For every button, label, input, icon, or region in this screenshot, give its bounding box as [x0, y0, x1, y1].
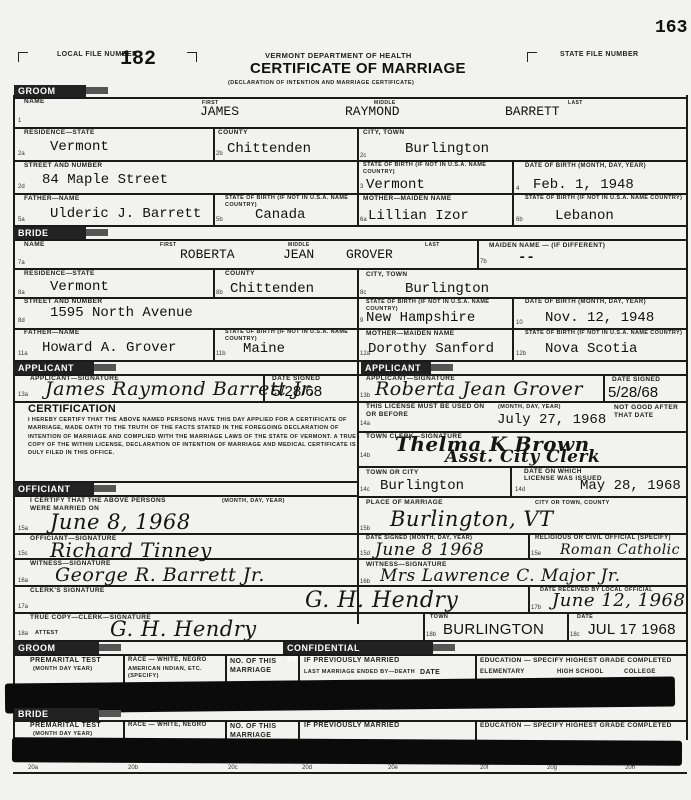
local-file-bracket [18, 52, 28, 62]
groom-dob-label: DATE OF BIRTH (MONTH, DAY, YEAR) [525, 163, 646, 169]
place-sub-label: CITY OR TOWN, COUNTY [535, 500, 610, 506]
field-number: 20b [128, 765, 138, 771]
officiant-date-signed[interactable]: June 8 1968 [375, 540, 484, 560]
bride-dob-label: DATE OF BIRTH (MONTH, DAY, YEAR) [525, 299, 646, 305]
field-number: 11b [216, 351, 226, 357]
divider [213, 193, 215, 225]
groom-mother[interactable]: Lillian Izor [368, 208, 469, 224]
certification-text: I HEREBY CERTIFY THAT THE ABOVE NAMED PE… [28, 416, 373, 457]
bride-education-label: EDUCATION — SPECIFY HIGHEST GRADE COMPLE… [480, 722, 690, 729]
divider [423, 612, 425, 640]
divider [357, 496, 687, 498]
field-number: 15d [360, 551, 370, 557]
religious-official-label: RELIGIOUS OR CIVIL OFFICIAL (SPECIFY) [535, 535, 690, 542]
field-number: 4 [516, 186, 519, 192]
groom-last-label: LAST [568, 100, 583, 106]
bride-street[interactable]: 1595 North Avenue [50, 305, 193, 321]
bride-dob[interactable]: Nov. 12, 1948 [545, 310, 654, 326]
high-school-label: HIGH SCHOOL [557, 669, 604, 675]
field-number: 18c [570, 632, 580, 638]
field-number: 2c [360, 153, 366, 159]
license-town[interactable]: Burlington [380, 478, 464, 494]
field-number: 18b [426, 632, 436, 638]
confidential-groom-tag: GROOM [14, 642, 99, 654]
bride-section-tag: BRIDE [14, 227, 86, 239]
groom-father[interactable]: Ulderic J. Barrett [50, 206, 201, 222]
field-number: 17b [531, 605, 541, 611]
divider [510, 466, 512, 496]
groom-residence-label: RESIDENCE—STATE [24, 129, 95, 136]
attest-label: ATTEST [35, 630, 58, 636]
bride-last-name[interactable]: GROVER [346, 247, 393, 262]
field-number: 15e [531, 551, 541, 557]
town-clerk-title: Asst. City Clerk [445, 447, 600, 467]
officiant-section-tag: OFFICIANT [14, 483, 94, 495]
groom-residence-state[interactable]: Vermont [50, 139, 109, 155]
bride-race-label: RACE — WHITE, NEGRO [128, 722, 207, 728]
field-number: 8a [18, 290, 25, 296]
divider [13, 127, 687, 129]
religious-official[interactable]: Roman Catholic [560, 542, 680, 558]
field-number: 2d [18, 184, 25, 190]
groom-middle-name[interactable]: RAYMOND [345, 104, 400, 119]
groom-county-label: COUNTY [218, 129, 248, 136]
bride-city-label: CITY, TOWN [366, 271, 407, 278]
bride-premarital-test-label: PREMARITAL TEST [30, 722, 101, 729]
field-number: 3 [360, 184, 363, 190]
previously-married-label: IF PREVIOUSLY MARRIED [304, 657, 400, 664]
divider [213, 268, 215, 298]
divider [567, 612, 569, 640]
license-town-label: TOWN OR CITY [366, 469, 419, 476]
confidential-bride-tag: BRIDE [14, 708, 99, 720]
groom-section-tag: GROOM [14, 85, 86, 97]
field-number: 14b [360, 453, 370, 459]
field-number: 20f [480, 765, 488, 771]
groom-first-name[interactable]: JAMES [200, 104, 239, 119]
groom-father-label: FATHER—NAME [24, 195, 80, 202]
race-sub: AMERICAN INDIAN, ETC. (SPECIFY) [128, 666, 223, 680]
divider [13, 97, 687, 99]
divider [213, 127, 215, 161]
groom-street-label: STREET AND NUMBER [24, 162, 102, 169]
field-number: 14d [515, 487, 525, 493]
local-file-bracket-right [187, 52, 197, 62]
last-marriage-label: LAST MARRIAGE ENDED BY—DEATH [304, 669, 415, 675]
groom-confidential-redaction [5, 676, 675, 713]
groom-city-label: CITY, TOWN [363, 129, 404, 136]
divider [13, 268, 687, 270]
groom-date-signed-label: DATE SIGNED [272, 375, 320, 382]
bride-premarital-test-sub: (MONTH DAY YEAR) [33, 731, 92, 737]
certification-title: CERTIFICATION [28, 403, 116, 415]
bride-previously-married-label: IF PREVIOUSLY MARRIED [304, 722, 400, 729]
field-number: 11a [18, 351, 28, 357]
groom-street[interactable]: 84 Maple Street [42, 172, 168, 188]
field-number: 13a [18, 392, 28, 398]
field-number: 5b [216, 217, 223, 223]
marriage-count-label: NO. OF THIS MARRIAGE [230, 657, 298, 675]
field-number: 8d [18, 318, 25, 324]
certificate-subtitle: (DECLARATION OF INTENTION AND MARRIAGE C… [228, 80, 414, 86]
license-not-good-label: NOT GOOD AFTER THAT DATE [614, 404, 689, 420]
groom-city[interactable]: Burlington [405, 141, 489, 157]
bride-birth-state[interactable]: New Hampshire [366, 310, 475, 326]
field-number: 2a [18, 151, 25, 157]
field-number: 2b [216, 151, 223, 157]
bride-residence-state[interactable]: Vermont [50, 279, 109, 295]
bride-maiden-name[interactable]: -- [518, 250, 535, 266]
bride-maiden-label: MAIDEN NAME — (IF DIFFERENT) [489, 242, 605, 249]
attest-signature[interactable]: G. H. Hendry [110, 617, 257, 641]
bride-marriage-count-label: NO. OF THIS MARRIAGE [230, 722, 298, 740]
state-file-bracket [527, 52, 537, 62]
divider [13, 225, 687, 227]
field-number: 7a [18, 260, 25, 266]
date-received[interactable]: June 12, 1968 [552, 590, 685, 611]
divider [603, 374, 605, 402]
bride-name-label: NAME [24, 241, 45, 248]
witness1-signature[interactable]: George R. Barrett Jr. [55, 564, 265, 586]
groom-birth-state[interactable]: Vermont [366, 177, 425, 193]
divider [13, 239, 687, 241]
bride-middle-name[interactable]: JEAN [283, 247, 314, 262]
attest-town[interactable]: BURLINGTON [443, 621, 544, 638]
divider [13, 772, 687, 774]
groom-mother-birth-label: STATE OF BIRTH (IF NOT IN U.S.A. NAME CO… [525, 195, 685, 202]
premarital-test-label: PREMARITAL TEST [30, 657, 101, 664]
license-expiry-date[interactable]: July 27, 1968 [497, 412, 606, 428]
bride-mother[interactable]: Dorothy Sanford [368, 341, 494, 357]
field-number: 8c [360, 290, 366, 296]
field-number: 20c [228, 765, 238, 771]
groom-name-label: NAME [24, 98, 45, 105]
divider [225, 654, 227, 684]
field-number: 20g [547, 765, 557, 771]
field-number: 9 [360, 318, 363, 324]
bride-city[interactable]: Burlington [405, 281, 489, 297]
divider [528, 533, 530, 558]
license-mdy-label: (MONTH, DAY, YEAR) [498, 404, 561, 410]
attest-date-label: DATE [577, 614, 593, 620]
field-number: 18a [18, 631, 28, 637]
divider [357, 127, 359, 225]
prev-date-label: DATE [420, 669, 440, 676]
field-number: 17a [18, 604, 28, 610]
attest-date[interactable]: JUL 17 1968 [588, 621, 676, 638]
field-number: 20d [302, 765, 312, 771]
license-must-use-label: THIS LICENSE MUST BE USED ON OR BEFORE [366, 403, 486, 419]
field-number: 1 [18, 118, 21, 124]
bride-mother-birth[interactable]: Nova Scotia [545, 341, 637, 357]
bride-county[interactable]: Chittenden [230, 281, 314, 297]
field-number: 12b [516, 351, 526, 357]
groom-father-birth[interactable]: Canada [255, 207, 305, 223]
divider [357, 466, 687, 468]
groom-dob[interactable]: Feb. 1, 1948 [533, 177, 634, 193]
field-number: 14a [360, 421, 370, 427]
clerk-sig-label: CLERK'S SIGNATURE [30, 587, 105, 594]
groom-date-signed[interactable]: 5/28/68 [272, 383, 322, 400]
field-number: 6b [516, 217, 523, 223]
bride-applicant-signature[interactable]: Roberta Jean Grover [375, 378, 583, 400]
field-number: 10 [516, 320, 523, 326]
bride-father[interactable]: Howard A. Grover [42, 340, 176, 356]
divider [357, 268, 359, 360]
applicant-section-tag-bride: APPLICANT [361, 362, 431, 374]
divider [13, 160, 687, 162]
field-number: 7b [480, 259, 487, 265]
field-number: 16a [18, 578, 28, 584]
witness2-signature[interactable]: Mrs Lawrence C. Major Jr. [380, 566, 621, 586]
field-number: 20h [625, 765, 635, 771]
elementary-label: ELEMENTARY [480, 669, 525, 675]
attest-town-label: TOWN [430, 614, 448, 620]
bride-confidential-redaction [12, 737, 682, 766]
race-label: RACE — WHITE, NEGRO [128, 657, 207, 663]
groom-county[interactable]: Chittenden [227, 141, 311, 157]
married-on-mdy-label: (MONTH, DAY, YEAR) [222, 498, 285, 504]
groom-last-name[interactable]: BARRETT [505, 104, 560, 119]
field-number: 15c [18, 551, 28, 557]
bride-residence-label: RESIDENCE—STATE [24, 270, 95, 277]
divider [213, 328, 215, 360]
field-number: 5a [18, 217, 25, 223]
field-number: 13b [360, 393, 370, 399]
clerk-signature[interactable]: G. H. Hendry [305, 588, 458, 613]
bride-mother-label: MOTHER—MAIDEN NAME [366, 330, 454, 337]
license-issued-date[interactable]: May 28, 1968 [580, 478, 681, 494]
groom-birth-state-label: STATE OF BIRTH (IF NOT IN U.S.A. NAME CO… [363, 162, 503, 175]
state-file-number: 163 [655, 18, 687, 38]
divider [13, 360, 687, 362]
bride-father-birth[interactable]: Maine [243, 341, 285, 357]
bride-county-label: COUNTY [225, 270, 255, 277]
bride-first-name[interactable]: ROBERTA [180, 247, 235, 262]
college-label: COLLEGE [624, 669, 656, 675]
divider [13, 558, 687, 560]
divider [477, 239, 479, 269]
local-file-number: 182 [120, 48, 156, 71]
field-number: 15b [360, 526, 370, 532]
divider [13, 654, 687, 656]
field-number: 14c [360, 487, 370, 493]
field-number: 20e [388, 765, 398, 771]
state-file-label: STATE FILE NUMBER [560, 51, 638, 58]
bride-father-label: FATHER—NAME [24, 329, 80, 336]
department-name: VERMONT DEPARTMENT OF HEALTH [265, 51, 412, 60]
field-number: 8b [216, 290, 223, 296]
groom-mother-birth[interactable]: Lebanon [555, 208, 614, 224]
bride-date-signed[interactable]: 5/28/68 [608, 384, 658, 401]
groom-mother-label: MOTHER—MAIDEN NAME [363, 195, 451, 202]
bride-last-label: LAST [425, 242, 440, 248]
place-of-marriage[interactable]: Burlington, VT [390, 507, 554, 531]
field-number: 6a [360, 217, 367, 223]
field-number: 15a [18, 526, 28, 532]
married-on-date[interactable]: June 8, 1968 [50, 510, 191, 534]
applicant-section-tag-groom: APPLICANT [14, 362, 94, 374]
field-number: 20a [28, 765, 38, 771]
bride-first-label: FIRST [160, 242, 176, 248]
place-of-marriage-label: PLACE OF MARRIAGE [366, 499, 443, 506]
confidential-section-tag: CONFIDENTIAL INFORMATION [283, 642, 433, 654]
divider [263, 374, 265, 402]
bride-street-label: STREET AND NUMBER [24, 298, 102, 305]
divider [528, 585, 530, 612]
divider [123, 654, 125, 684]
premarital-test-sub: (MONTH DAY YEAR) [33, 666, 92, 672]
bride-mother-birth-label: STATE OF BIRTH (IF NOT IN U.S.A. NAME CO… [525, 330, 685, 337]
bride-date-signed-label: DATE SIGNED [612, 376, 660, 383]
education-label: EDUCATION — SPECIFY HIGHEST GRADE COMPLE… [480, 657, 690, 664]
certificate-title: CERTIFICATE OF MARRIAGE [250, 60, 466, 77]
